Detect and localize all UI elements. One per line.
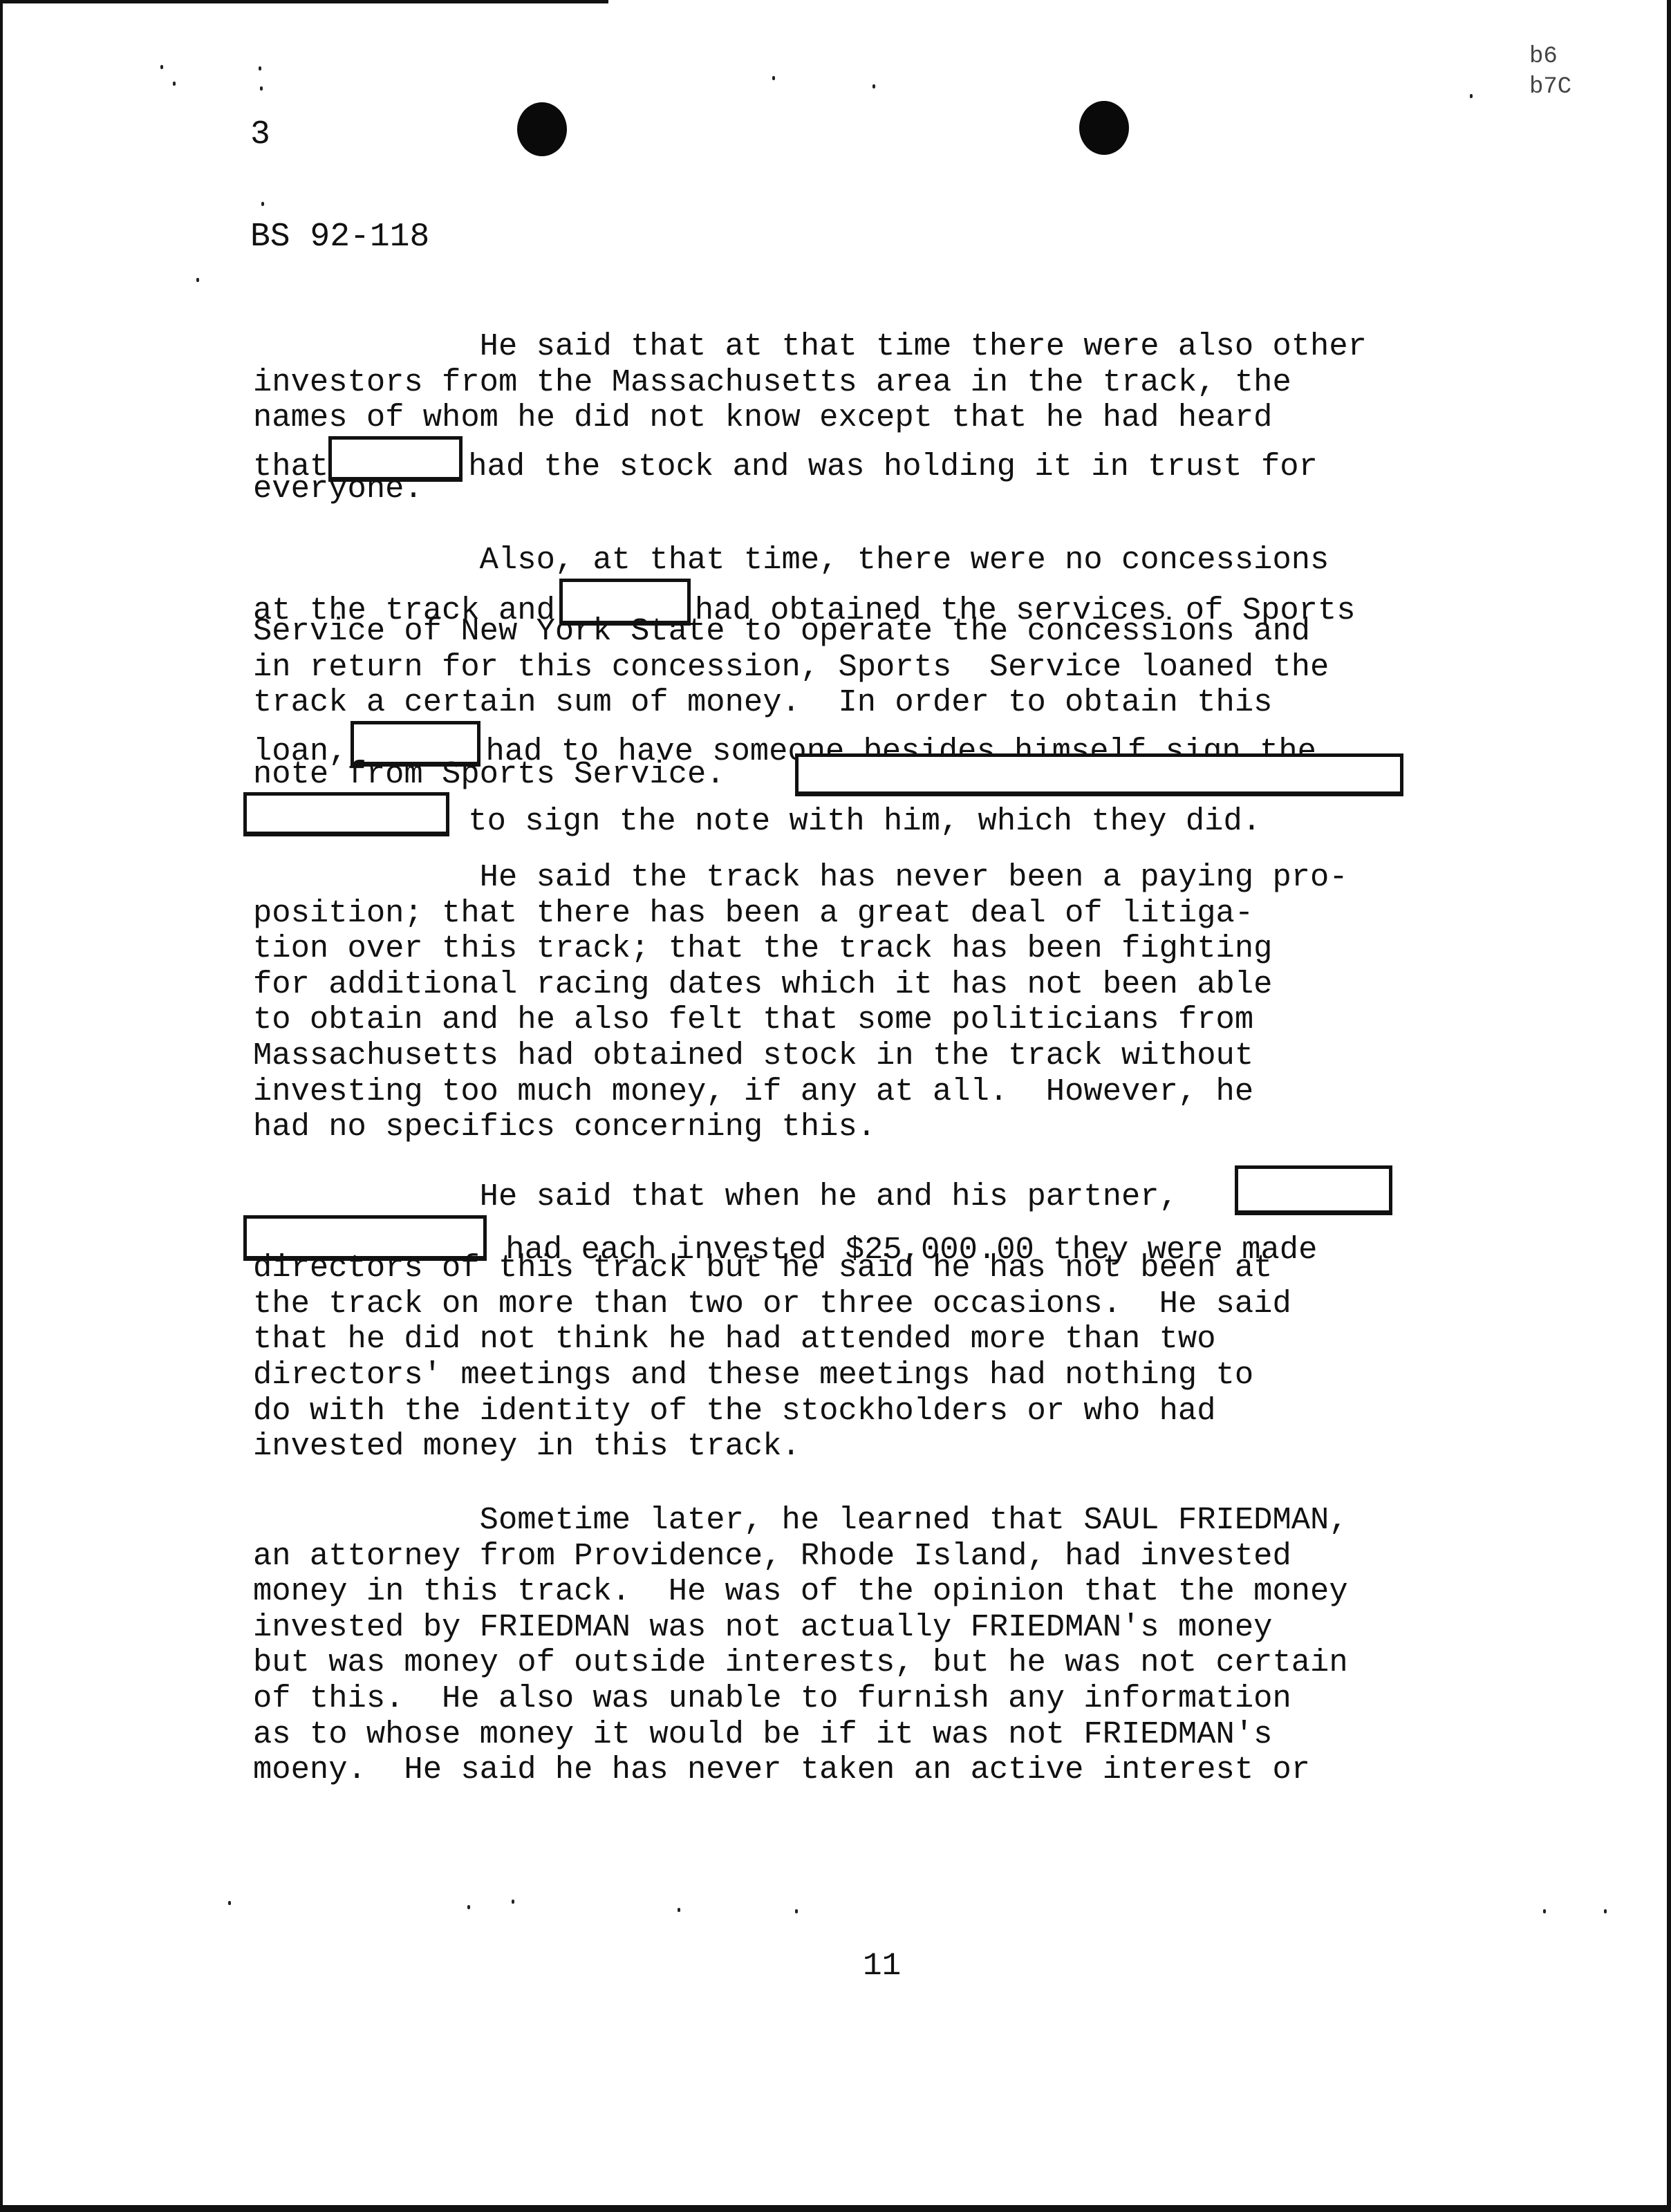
scan-speck — [795, 1909, 798, 1913]
text-line: at the track andhad obtained the service… — [253, 579, 1356, 615]
text-segment: had the stock and was holding it in trus… — [468, 449, 1318, 485]
text-line: money in this track. He was of the opini… — [253, 1574, 1348, 1610]
scan-speck — [261, 202, 264, 206]
scan-speck — [173, 82, 176, 86]
paragraph-4: He said that when he and his partner, ha… — [253, 1179, 1317, 1465]
text-line: that he did not think he had attended mo… — [253, 1322, 1317, 1358]
text-line: in return for this concession, Sports Se… — [253, 650, 1356, 686]
scan-speck — [160, 65, 163, 69]
scan-speck — [512, 1900, 514, 1904]
paragraph-5: Sometime later, he learned that SAUL FRI… — [253, 1503, 1348, 1788]
exemption-code-b6: b6 — [1529, 41, 1558, 72]
redaction-box — [1235, 1165, 1392, 1215]
text-line: track a certain sum of money. In order t… — [253, 685, 1356, 721]
punch-hole-right — [1079, 101, 1129, 155]
text-line: names of whom he did not know except tha… — [253, 400, 1367, 436]
scan-edge-rule — [0, 0, 608, 3]
redaction-box — [795, 753, 1403, 796]
scan-speck — [678, 1908, 680, 1912]
scan-speck — [772, 76, 775, 80]
scan-speck — [259, 66, 261, 71]
text-line: but was money of outside interests, but … — [253, 1645, 1348, 1681]
paragraph-3: He said the track has never been a payin… — [253, 860, 1348, 1145]
text-line: tion over this track; that the track has… — [253, 931, 1348, 967]
page-marker: 3 — [250, 116, 270, 153]
text-line: an attorney from Providence, Rhode Islan… — [253, 1539, 1348, 1575]
text-line: Massachusetts had obtained stock in the … — [253, 1038, 1348, 1074]
text-line: directors of this track but he said he h… — [253, 1250, 1317, 1286]
text-line: invested money in this track. — [253, 1429, 1317, 1465]
exemption-code-b7c: b7C — [1529, 72, 1571, 102]
text-line: had no specifics concerning this. — [253, 1109, 1348, 1145]
text-line: do with the identity of the stockholders… — [253, 1394, 1317, 1430]
text-line: to obtain and he also felt that some pol… — [253, 1002, 1348, 1038]
text-line: thathad the stock and was holding it in … — [253, 436, 1367, 472]
text-line: He said the track has never been a payin… — [253, 860, 1348, 896]
text-line: moeny. He said he has never taken an act… — [253, 1752, 1348, 1788]
text-line: for additional racing dates which it has… — [253, 967, 1348, 1003]
text-line: had each invested $25,000.00 they were m… — [253, 1215, 1317, 1251]
text-line: He said that when he and his partner, — [253, 1179, 1317, 1215]
page-number: 11 — [863, 1948, 901, 1984]
text-segment: to sign the note with him, which they di… — [449, 803, 1261, 839]
file-number: BS 92-118 — [250, 218, 429, 256]
text-line: Service of New York State to operate the… — [253, 614, 1356, 650]
text-line: of this. He also was unable to furnish a… — [253, 1681, 1348, 1717]
text-line: Also, at that time, there were no conces… — [253, 543, 1356, 579]
scan-speck — [196, 278, 199, 282]
text-line: position; that there has been a great de… — [253, 896, 1348, 932]
scan-speck — [872, 84, 875, 88]
text-line: as to whose money it would be if it was … — [253, 1717, 1348, 1753]
text-line: to sign the note with him, which they di… — [253, 792, 1356, 828]
scan-speck — [1543, 1909, 1546, 1913]
paragraph-1: He said that at that time there were als… — [253, 329, 1367, 507]
scan-speck — [1604, 1909, 1607, 1913]
text-line: He said that at that time there were als… — [253, 329, 1367, 365]
scan-speck — [228, 1901, 231, 1905]
text-line: investing too much money, if any at all.… — [253, 1074, 1348, 1110]
scan-speck — [260, 86, 263, 91]
punch-hole-left — [517, 102, 567, 156]
scan-speck — [467, 1905, 470, 1909]
scan-speck — [1470, 94, 1473, 98]
text-line: investors from the Massachusetts area in… — [253, 365, 1367, 401]
text-line: the track on more than two or three occa… — [253, 1286, 1317, 1322]
text-line: loan,had to have someone besides himself… — [253, 721, 1356, 757]
redaction-box — [243, 792, 449, 836]
text-line: Sometime later, he learned that SAUL FRI… — [253, 1503, 1348, 1539]
text-line: invested by FRIEDMAN was not actually FR… — [253, 1610, 1348, 1646]
text-line: directors' meetings and these meetings h… — [253, 1358, 1317, 1394]
